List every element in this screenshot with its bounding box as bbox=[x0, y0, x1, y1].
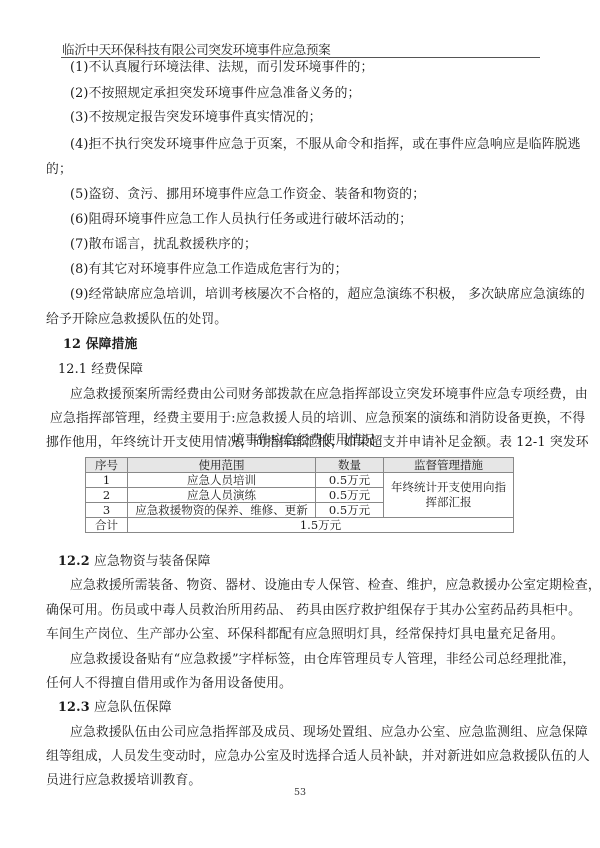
team-paragraph-line-2: 组等组成，人员发生变动时，应急办公室及时选择合适人员补缺，并对新进如应急救援队伍… bbox=[46, 749, 590, 765]
document-page: 临沂中天环保科技有限公司突发环境事件应急预案 (1)不认真履行环境法律、法规，而… bbox=[0, 0, 600, 848]
equipment-paragraph-line-1: 应急救援所需装备、物资、器材、设施由专人保管、检查、维护，应急救援办公室定期检查… bbox=[70, 578, 600, 594]
section-12-2-heading: 12.2 应急物资与装备保障 bbox=[58, 554, 211, 570]
cell-scope: 应急人员演练 bbox=[128, 488, 316, 503]
penalty-item-2: (2)不按照规定承担突发环境事件应急准备义务的； bbox=[70, 86, 360, 102]
section-12-3-heading: 12.3 应急队伍保障 bbox=[58, 700, 172, 716]
penalty-item-5: (5)盗窃、贪污、挪用环境事件应急工作资金、装备和物资的； bbox=[70, 187, 425, 203]
table-header-row: 序号 使用范围 数量 监督管理措施 bbox=[86, 458, 514, 473]
cell-no: 2 bbox=[86, 488, 128, 503]
section-12-3-number: 12.3 bbox=[58, 700, 90, 715]
section-12-3-title: 应急队伍保障 bbox=[90, 700, 172, 715]
cell-amount: 0.5万元 bbox=[316, 488, 384, 503]
penalty-item-7: (7)散布谣言，扰乱救援秩序的； bbox=[70, 237, 257, 253]
table-caption-text: 境事件应急经费使用情况 bbox=[232, 433, 374, 448]
cell-total-label: 合计 bbox=[86, 518, 128, 533]
header-amount: 数量 bbox=[316, 458, 384, 473]
penalty-item-8: (8)有其它对环境事件应急工作造成危害行为的； bbox=[70, 262, 348, 278]
equipment-paragraph-line-2: 确保可用。伤员或中毒人员救治所用药品、 药具由医疗救护组保存于其办公室药品药具柜… bbox=[46, 603, 581, 619]
cell-amount: 0.5万元 bbox=[316, 503, 384, 518]
cell-total-value: 1.5万元 bbox=[128, 518, 514, 533]
team-paragraph-line-1: 应急救援队伍由公司应急指挥部及成员、现场处置组、应急办公室、应急监测组、应急保障 bbox=[70, 725, 588, 741]
cell-scope: 应急人员培训 bbox=[128, 473, 316, 488]
table-total-row: 合计 1.5万元 bbox=[86, 518, 514, 533]
cell-no: 1 bbox=[86, 473, 128, 488]
penalty-item-9-cont: 给予开除应急救援队伍的处罚。 bbox=[46, 312, 227, 328]
table-row: 1 应急人员培训 0.5万元 年终统计开支使用向指挥部汇报 bbox=[86, 473, 514, 488]
funding-table: 序号 使用范围 数量 监督管理措施 1 应急人员培训 0.5万元 年终统计开支使… bbox=[85, 457, 514, 533]
header-no: 序号 bbox=[86, 458, 128, 473]
equipment-paragraph-line-3: 车间生产岗位、生产部办公室、环保科都配有应急照明灯具，经常保持灯具电量充足备用。 bbox=[46, 627, 564, 643]
table-caption: 境事件应急经费使用情况 bbox=[232, 433, 374, 449]
penalty-item-4: (4)拒不执行突发环境事件应急于页案，不服从命令和指挥，或在事件应急响应是临阵脱… bbox=[70, 137, 581, 153]
section-12-2-number: 12.2 bbox=[58, 554, 90, 569]
page-number: 53 bbox=[0, 787, 600, 798]
cell-no: 3 bbox=[86, 503, 128, 518]
cell-measure: 年终统计开支使用向指挥部汇报 bbox=[384, 473, 514, 518]
header-divider bbox=[61, 57, 540, 58]
penalty-item-9: (9)经常缺席应急培训，培训考核屡次不合格的，超应急演练不积极， 多次缺席应急演… bbox=[70, 287, 585, 303]
penalty-item-1: (1)不认真履行环境法律、法规，而引发环境事件的； bbox=[70, 60, 373, 76]
section-12-1-heading: 12.1 经费保障 bbox=[58, 362, 143, 378]
running-header: 临沂中天环保科技有限公司突发环境事件应急预案 bbox=[62, 40, 330, 58]
header-measure: 监督管理措施 bbox=[384, 458, 514, 473]
cell-scope: 应急救援物资的保养、维修、更新 bbox=[128, 503, 316, 518]
section-12-heading: 12 保障措施 bbox=[63, 337, 138, 353]
section-12-2-title: 应急物资与装备保障 bbox=[90, 554, 211, 569]
penalty-item-6: (6)阻碍环境事件应急工作人员执行任务或进行破坏活动的； bbox=[70, 212, 412, 228]
penalty-item-3: (3)不按规定报告突发环境事件真实情况的； bbox=[70, 110, 322, 126]
cell-amount: 0.5万元 bbox=[316, 473, 384, 488]
funding-paragraph-line-2: 应急指挥部管理，经费主要用于:应急救援人员的培训、应急预案的演练和消防设备更换，… bbox=[50, 411, 585, 427]
header-scope: 使用范围 bbox=[128, 458, 316, 473]
penalty-item-4-cont: 的； bbox=[46, 162, 72, 178]
equipment-paragraph-line-5: 任何人不得擅自借用或作为备用设备使用。 bbox=[46, 676, 292, 692]
equipment-paragraph-line-4: 应急救援设备贴有“应急救援”字样标签，由仓库管理员专人管理，非经公司总经理批准， bbox=[70, 652, 575, 668]
funding-paragraph-line-1: 应急救援预案所需经费由公司财务部拨款在应急指挥部设立突发环境事件应急专项经费，由 bbox=[70, 387, 588, 403]
